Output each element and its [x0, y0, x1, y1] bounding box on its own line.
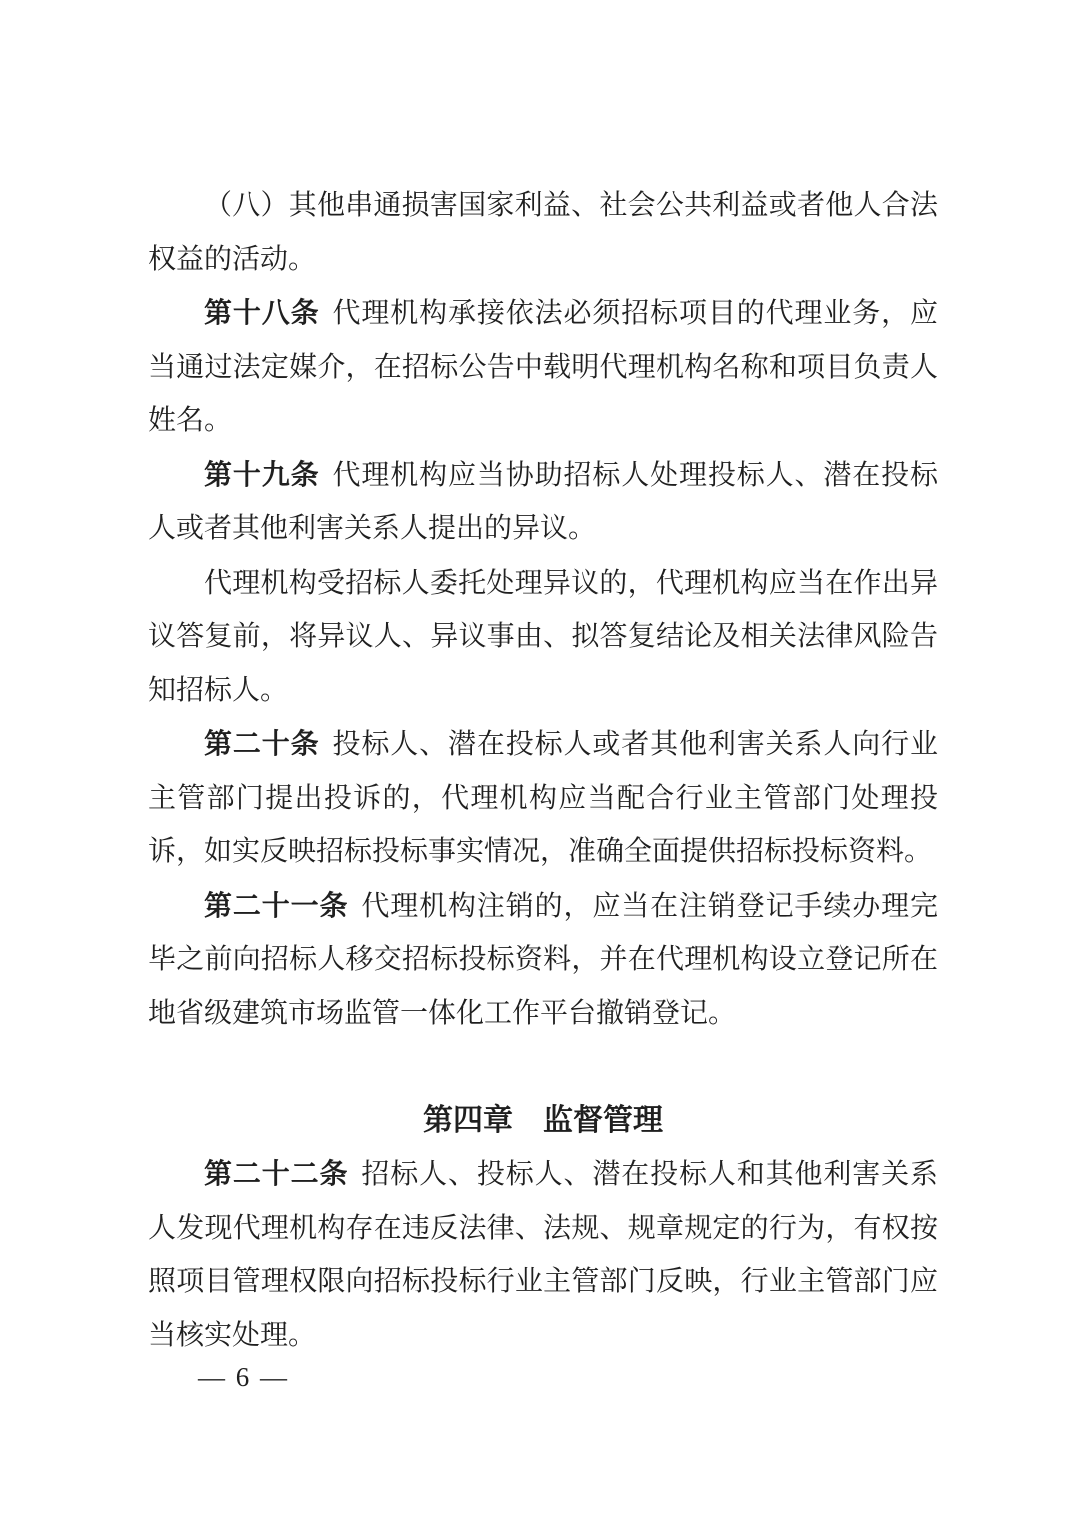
paragraph: 代理机构受招标人委托处理异议的，代理机构应当在作出异议答复前，将异议人、异议事由… — [148, 556, 938, 718]
paragraph: 第二十二条招标人、投标人、潜在投标人和其他利害关系人发现代理机构存在违反法律、法… — [148, 1147, 938, 1362]
paragraph: 第十九条代理机构应当协助招标人处理投标人、潜在投标人或者其他利害关系人提出的异议… — [148, 448, 938, 556]
page-number: — 6 — — [198, 1362, 289, 1392]
paragraph: 第二十条投标人、潜在投标人或者其他利害关系人向行业主管部门提出投诉的，代理机构应… — [148, 717, 938, 879]
article-number: 第十八条 — [204, 297, 320, 328]
document-page: （八）其他串通损害国家利益、社会公共利益或者他人合法权益的活动。 第十八条代理机… — [0, 0, 1080, 1527]
article-number: 第十九条 — [204, 459, 320, 490]
paragraph: （八）其他串通损害国家利益、社会公共利益或者他人合法权益的活动。 — [148, 178, 938, 286]
document-body: （八）其他串通损害国家利益、社会公共利益或者他人合法权益的活动。 第十八条代理机… — [148, 178, 938, 1362]
chapter-heading: 第四章 监督管理 — [148, 1094, 938, 1148]
paragraph-text: （八）其他串通损害国家利益、社会公共利益或者他人合法权益的活动。 — [148, 190, 938, 275]
article-number: 第二十条 — [204, 728, 320, 759]
article-number: 第二十二条 — [204, 1158, 348, 1189]
paragraph: 第十八条代理机构承接依法必须招标项目的代理业务，应当通过法定媒介，在招标公告中载… — [148, 286, 938, 448]
paragraph: 第二十一条代理机构注销的，应当在注销登记手续办理完毕之前向招标人移交招标投标资料… — [148, 879, 938, 1041]
paragraph-text: 代理机构受招标人委托处理异议的，代理机构应当在作出异议答复前，将异议人、异议事由… — [148, 568, 938, 706]
article-number: 第二十一条 — [204, 890, 348, 921]
